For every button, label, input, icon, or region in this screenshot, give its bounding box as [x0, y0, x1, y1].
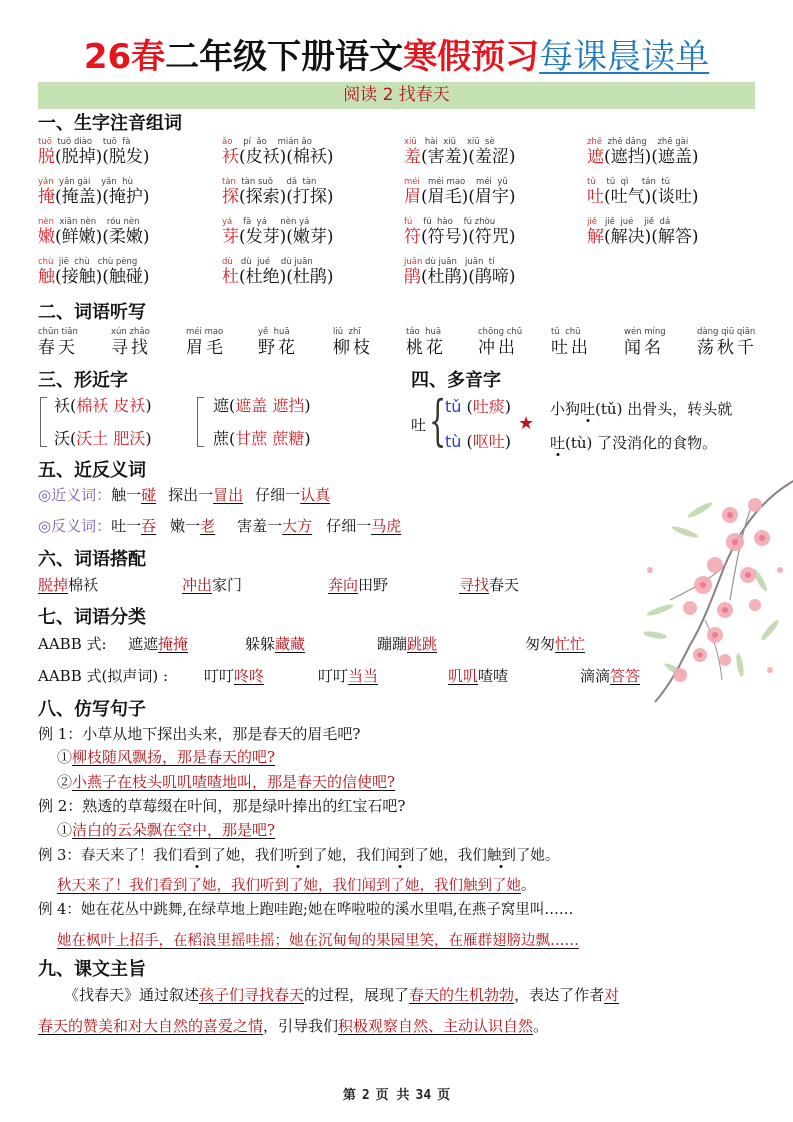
pinyin: zhē zhē dǎng zhē gài	[587, 137, 767, 147]
pinyin: chù jiē chù chù pèng	[38, 257, 218, 267]
pinyin: dù dù jué dù juān	[222, 257, 402, 267]
word-group: (探索)(打探)	[239, 187, 334, 207]
key-char: 芽	[222, 227, 239, 247]
word-group: (符号)(符咒)	[421, 227, 516, 247]
synonyms-row: ◎近义词：触一碰探出一冒出仔细一认真	[38, 484, 330, 506]
key-char: 杜	[222, 267, 239, 287]
key-char: 脱	[38, 147, 55, 167]
new-char-entry: tǔ tǔ qì tán tǔ吐(吐气)(谈吐)	[587, 177, 767, 207]
collocation-3: 奔向田野	[328, 574, 388, 596]
polyphone-sentence-1: 小狗吐(tǔ) 出骨头，转头就	[550, 398, 732, 420]
example-4-answer: 她在枫叶上招手，在稻浪里摇哇摇；她在沉甸甸的果园里笑，在雁群翅膀边飘……	[57, 930, 579, 952]
pinyin: tǔ tǔ qì tán tǔ	[587, 177, 767, 187]
star-icon: ★	[518, 413, 534, 435]
pinyin: xiū hài xiū xiū sè	[404, 137, 584, 147]
current-page: 2	[362, 1088, 370, 1103]
similar-char-2a: 遮(遮盖 遮挡)	[213, 396, 311, 416]
new-char-entry: yǎn yǎn gài yǎn hù掩(掩盖)(掩护)	[38, 177, 218, 207]
word-group: (杜鹃)(鹃啼)	[421, 267, 516, 287]
key-char: 袄	[222, 147, 239, 167]
example-3-answer: 秋天来了！我们看到了她，我们听到了她，我们闻到了她，我们触到了她。	[57, 875, 536, 897]
section-heading-5: 五、近反义词	[38, 460, 146, 482]
section-heading-7: 七、词语分类	[38, 607, 146, 629]
onomatopoeia-1: 叮叮咚咚	[204, 665, 264, 687]
lesson-title-bar: 阅读 2 找春天	[38, 82, 755, 109]
word-group: (解决)(解答)	[604, 227, 699, 247]
aabb-1: 遮遮掩掩	[128, 633, 188, 655]
reading-2: tù (呕吐)	[445, 431, 511, 453]
page-footer: 第2页 共34页	[0, 1084, 793, 1103]
example-1-answer-2: ②小燕子在枝头叽叽喳喳地叫，那是春天的信使吧?	[57, 771, 395, 793]
new-char-entry: méi méi mao méi yǔ眉(眉毛)(眉宇)	[404, 177, 584, 207]
word-group: (鲜嫩)(柔嫩)	[55, 227, 150, 247]
section-heading-4: 四、多音字	[411, 370, 501, 392]
key-char: 嫩	[38, 227, 55, 247]
dictation-word: táo huā桃花	[406, 327, 446, 359]
new-char-entry: tuō tuō diào tuō fà脱(脱掉)(脱发)	[38, 137, 218, 167]
antonyms-row: ◎反义词：吐一吞嫩一老害羞一大方仔细一马虎	[38, 515, 401, 537]
section-heading-9: 九、课文主旨	[38, 959, 146, 981]
pinyin: ǎo pí ǎo mián ǎo	[222, 137, 402, 147]
word-group: (脱掉)(脱发)	[55, 147, 150, 167]
dictation-word: liǔ zhī柳枝	[333, 327, 373, 359]
example-1: 例 1：小草从地下探出头来，那是春天的眉毛吧?	[38, 723, 360, 745]
key-char: 触	[38, 267, 55, 287]
example-2-answer-1: ①洁白的云朵飘在空中，那是吧?	[57, 819, 275, 841]
word-group: (眉毛)(眉宇)	[421, 187, 516, 207]
pinyin: tuō tuō diào tuō fà	[38, 137, 218, 147]
pinyin: yǎn yǎn gài yǎn hù	[38, 177, 218, 187]
pinyin: méi méi mao méi yǔ	[404, 177, 584, 187]
word-group: (发芽)(嫩芽)	[239, 227, 334, 247]
word-group: (接触)(触碰)	[55, 267, 150, 287]
pinyin: juān dù juān juān tí	[404, 257, 584, 267]
dictation-word: wén míng闻名	[624, 327, 666, 359]
page-title: 26春二年级下册语文寒假预习每课晨读单	[0, 36, 793, 78]
pinyin: fú fú hào fú zhòu	[404, 217, 584, 227]
pinyin: yá fā yá nèn yá	[222, 217, 402, 227]
pinyin: nèn xiān nèn róu nèn	[38, 217, 218, 227]
dictation-word: tǔ chū吐出	[551, 327, 591, 359]
circle-bullet-icon: ◎近义词：	[38, 486, 111, 504]
word-group: (遮挡)(遮盖)	[604, 147, 699, 167]
total-pages: 34	[416, 1088, 432, 1103]
dictation-word: yě huā野花	[258, 327, 298, 359]
key-char: 吐	[587, 187, 604, 207]
dictation-word: chōng chū冲出	[478, 327, 522, 359]
reading-1: tǔ (吐痰)	[445, 396, 511, 418]
new-char-entry: tàn tàn suǒ dǎ tàn探(探索)(打探)	[222, 177, 402, 207]
new-char-entry: juān dù juān juān tí鹃(杜鹃)(鹃啼)	[404, 257, 584, 287]
new-char-entry: fú fú hào fú zhòu符(符号)(符咒)	[404, 217, 584, 247]
bracket-left-2	[197, 397, 204, 447]
polyphone-sentence-2: 吐(tù) 了没消化的食物。	[550, 432, 717, 454]
example-1-answer-1: ①柳枝随风飘扬，那是春天的吧?	[57, 746, 275, 768]
aabb-2: 躲躲藏藏	[245, 633, 305, 655]
section-heading-3: 三、形近字	[38, 370, 128, 392]
word-group: (掩盖)(掩护)	[55, 187, 150, 207]
example-2: 例 2：熟透的草莓缀在叶间，那是绿叶捧出的红宝石吧?	[38, 795, 405, 817]
section-heading-6: 六、词语搭配	[38, 549, 146, 571]
curly-brace: {	[429, 394, 446, 448]
collocation-1: 脱掉棉袄	[38, 574, 98, 596]
collocation-4: 寻找春天	[459, 574, 519, 596]
key-char: 符	[404, 227, 421, 247]
word-group: (害羞)(羞涩)	[421, 147, 516, 167]
dictation-word: xún zhǎo寻找	[111, 327, 151, 359]
title-holiday: 寒假预习	[403, 37, 539, 77]
word-group: (杜绝)(杜鹃)	[239, 267, 334, 287]
word-group: (皮袄)(棉袄)	[239, 147, 334, 167]
dictation-word: chūn tiān春天	[38, 327, 78, 359]
theme-line-2: 春天的赞美和对大自然的喜爱之情，引导我们积极观察自然、主动认识自然。	[38, 1015, 548, 1037]
onomatopoeia-label: AABB 式(拟声词) :	[38, 665, 168, 687]
onomatopoeia-2: 叮叮当当	[318, 665, 378, 687]
title-series: 每课晨读单	[539, 37, 709, 77]
dictation-word: dàng qiū qiān荡秋千	[697, 327, 757, 359]
theme-line-1: 《找春天》通过叙述孩子们寻找春天的过程，展现了春天的生机勃勃，表达了作者对	[64, 984, 619, 1006]
new-char-entry: dù dù jué dù juān杜(杜绝)(杜鹃)	[222, 257, 402, 287]
key-char: 遮	[587, 147, 604, 167]
aabb-label: AABB 式:	[38, 633, 107, 655]
new-char-entry: zhē zhē dǎng zhē gài遮(遮挡)(遮盖)	[587, 137, 767, 167]
new-char-entry: chù jiē chù chù pèng触(接触)(触碰)	[38, 257, 218, 287]
bracket-left-1	[40, 397, 47, 447]
word-group: (吐气)(谈吐)	[604, 187, 699, 207]
key-char: 羞	[404, 147, 421, 167]
key-char: 探	[222, 187, 239, 207]
title-year: 26春	[84, 37, 165, 77]
similar-char-1b: 沃(沃土 肥沃)	[54, 429, 152, 449]
polyphone-char: 吐	[411, 414, 426, 436]
pinyin: tàn tàn suǒ dǎ tàn	[222, 177, 402, 187]
pinyin: jiě jiě jué jiě dá	[587, 217, 767, 227]
onomatopoeia-3: 叽叽喳喳	[448, 665, 508, 687]
new-char-entry: yá fā yá nèn yá芽(发芽)(嫩芽)	[222, 217, 402, 247]
key-char: 鹃	[404, 267, 421, 287]
section-heading-8: 八、仿写句子	[38, 699, 146, 721]
collocation-2: 冲出家门	[182, 574, 242, 596]
key-char: 掩	[38, 187, 55, 207]
new-char-entry: ǎo pí ǎo mián ǎo袄(皮袄)(棉袄)	[222, 137, 402, 167]
onomatopoeia-4: 滴滴答答	[580, 665, 640, 687]
cherry-blossom-illustration	[630, 470, 793, 705]
circle-bullet-icon: ◎反义词：	[38, 517, 111, 535]
section-heading-1: 一、生字注音组词	[38, 113, 182, 135]
new-char-entry: xiū hài xiū xiū sè羞(害羞)(羞涩)	[404, 137, 584, 167]
example-4: 例 4：她在花丛中跳舞,在绿草地上跑哇跑;她在哗啦啦的溪水里唱,在燕子窝里叫……	[38, 899, 573, 921]
similar-char-2b: 蔗(甘蔗 蔗糖)	[213, 429, 311, 449]
key-char: 解	[587, 227, 604, 247]
example-3: 例 3：春天来了！我们看到了她，我们听到了她，我们闻到了她，我们触到了她。	[38, 845, 559, 867]
aabb-3: 蹦蹦跳跳	[377, 633, 437, 655]
similar-char-1a: 袄(棉袄 皮袄)	[54, 396, 152, 416]
new-char-entry: jiě jiě jué jiě dá解(解决)(解答)	[587, 217, 767, 247]
new-char-entry: nèn xiān nèn róu nèn嫩(鲜嫩)(柔嫩)	[38, 217, 218, 247]
aabb-4: 匆匆忙忙	[525, 633, 585, 655]
dictation-word: méi mao眉毛	[186, 327, 226, 359]
section-heading-2: 二、词语听写	[38, 302, 146, 324]
key-char: 眉	[404, 187, 421, 207]
title-grade: 二年级下册语文	[165, 37, 403, 77]
